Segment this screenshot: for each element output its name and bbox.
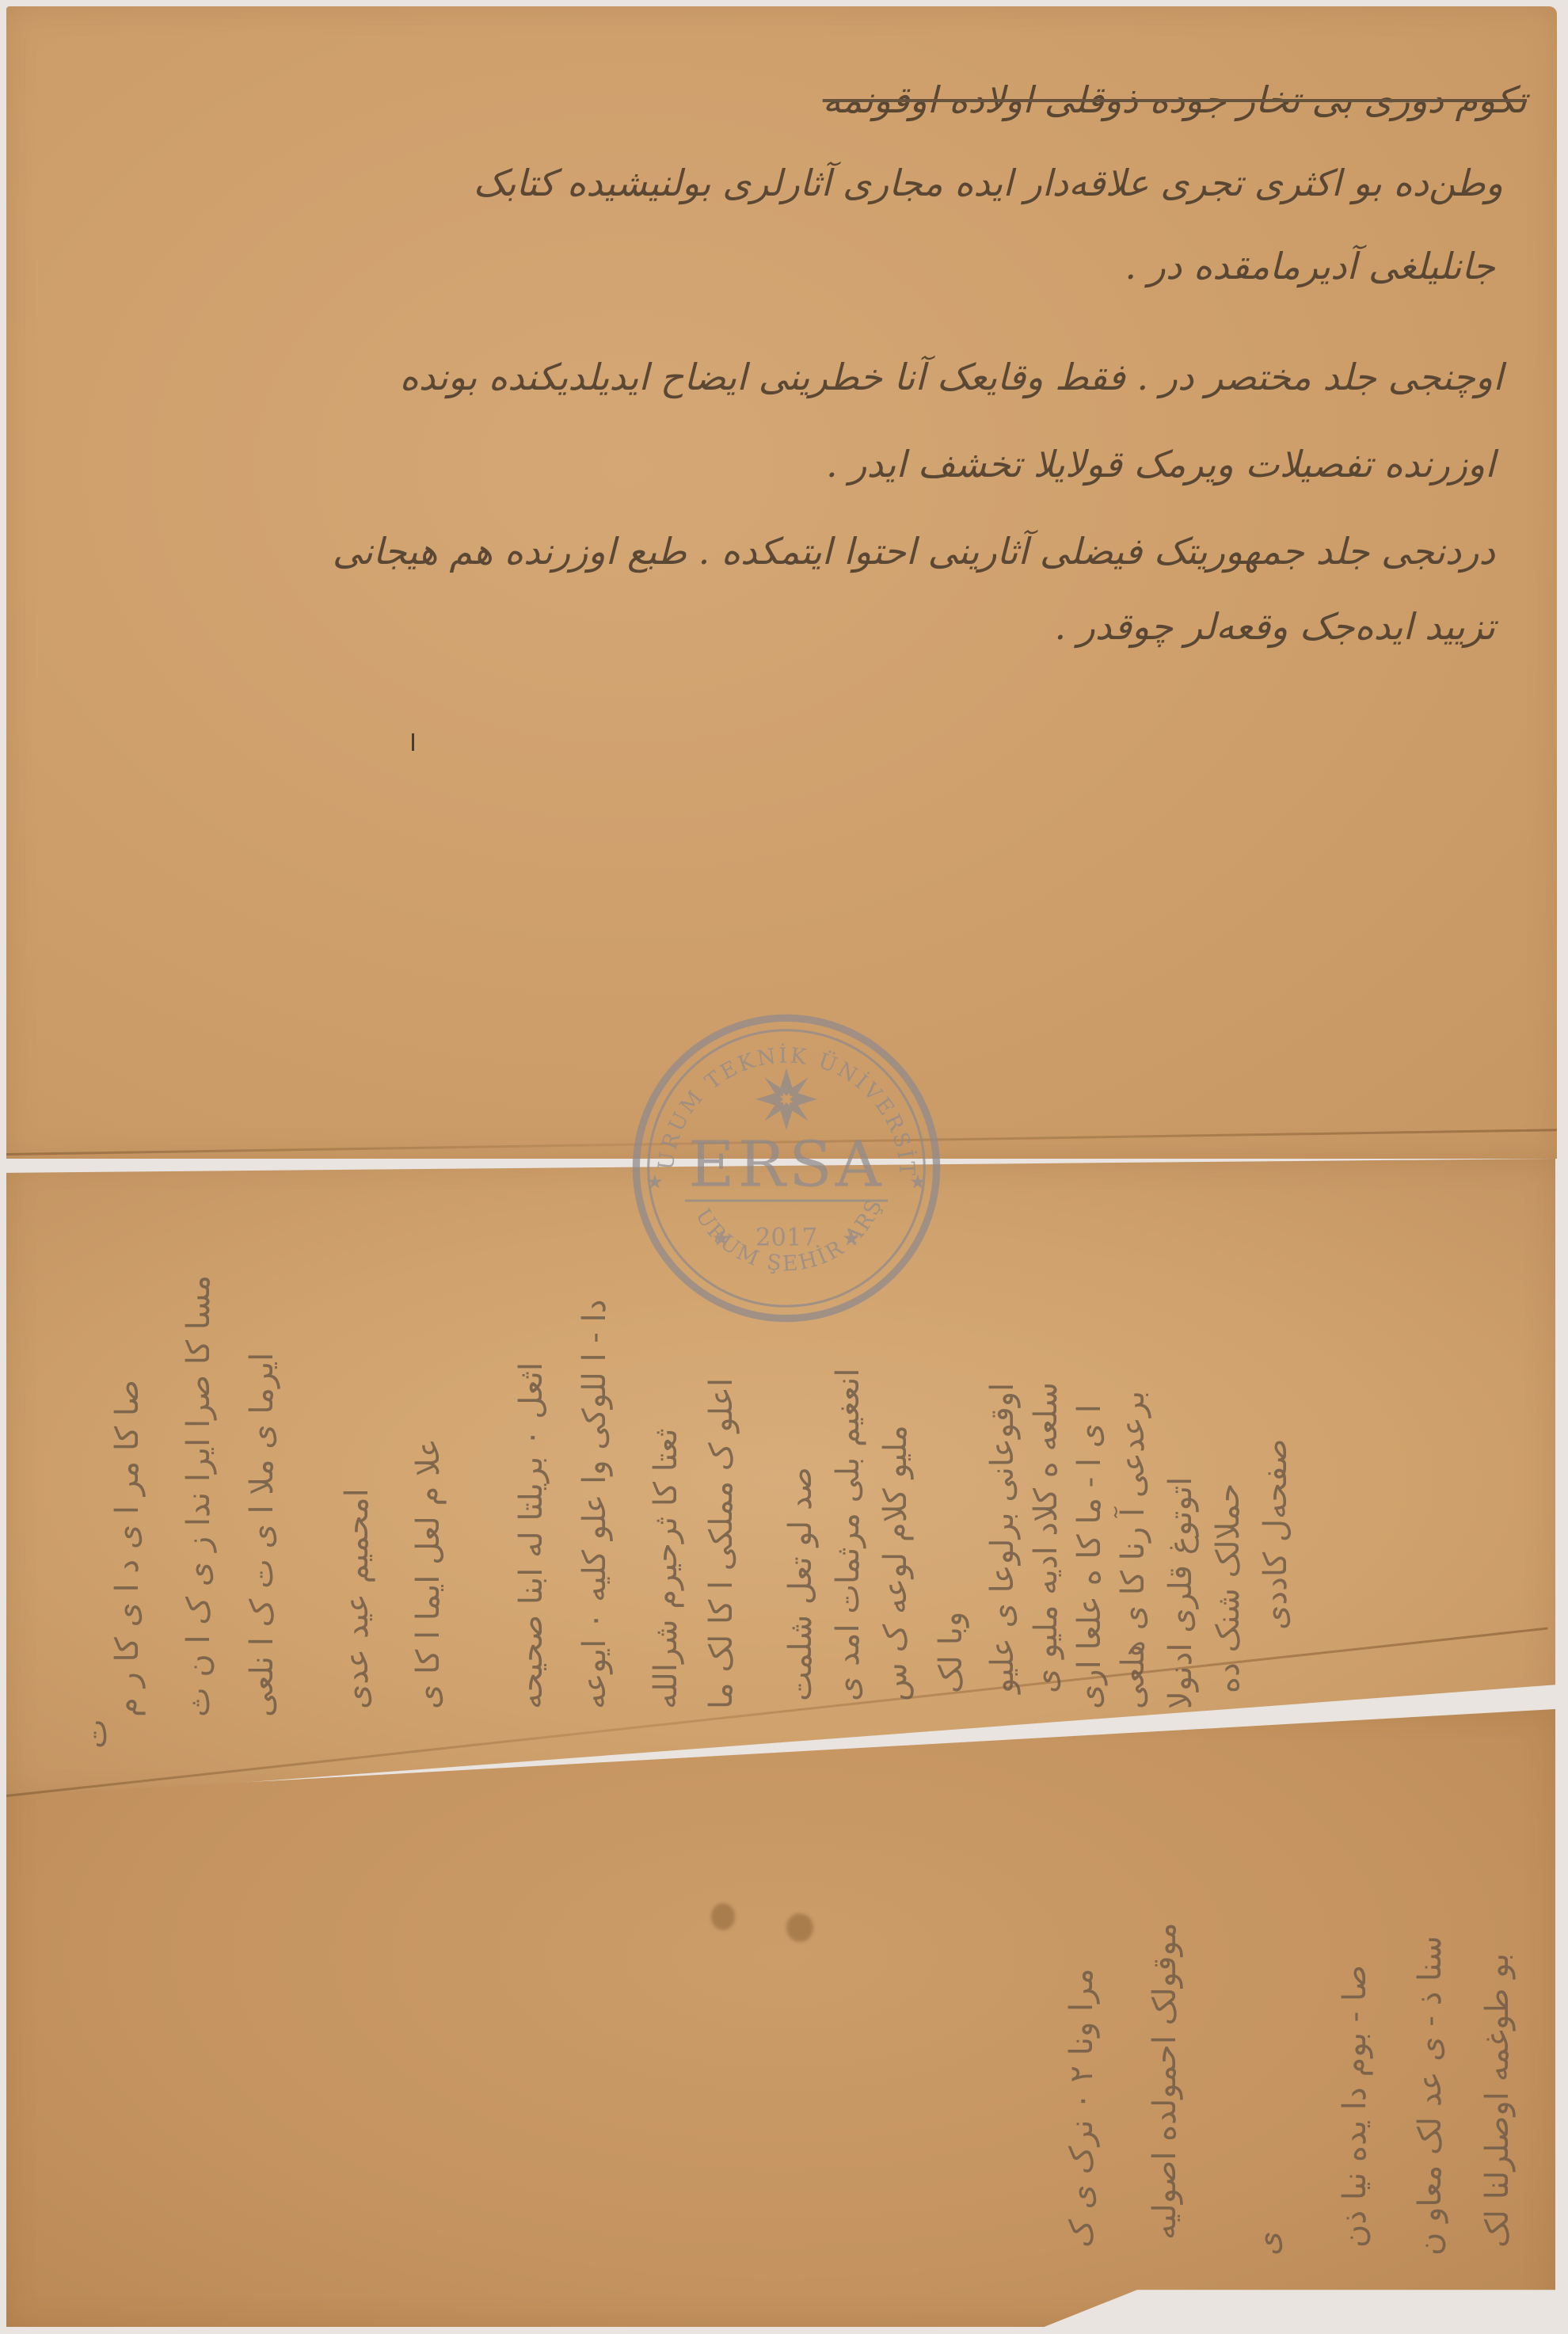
text-line-3: اوچنجی جلد مختصر در . فقط وقایعک آنا خطر… <box>400 359 1503 395</box>
vertical-line-5: ا ی ا - ما کا ه علعا اری <box>1071 1404 1108 1709</box>
vertical-line-14: دا - ا للوکی وا علو کلیه ۰ ایوعه <box>577 1300 613 1709</box>
star-icon: ★ <box>646 1171 664 1194</box>
vertical-line-16: علا م لعل ایما ا کا ی <box>410 1438 447 1709</box>
vertical-line-1: صفحه‌ل کاددی <box>1258 1439 1294 1630</box>
vertical-line-20: صا کا مر ا ی د ا ی کا ر م <box>109 1380 146 1717</box>
bottom-vertical-line-6: مرا ونا ۲ ۰ نرک ی ک <box>1064 1968 1100 2248</box>
stamp-center-text: ERSA <box>688 1128 884 1201</box>
struck-out-line: تکوم دوری بی تخار جوده ذوقلی اولاده اوقو… <box>823 82 1527 118</box>
vertical-line-8: وبا لک <box>933 1612 969 1693</box>
bottom-fold-panel <box>6 1709 1555 2327</box>
vertical-line-3: اتوتوغ قلری ادنولا <box>1163 1477 1199 1709</box>
bottom-vertical-line-3: صا - بوم دا یده نیا ذن <box>1337 1965 1373 2248</box>
pen-mark <box>412 733 414 751</box>
vertical-line-12: اعلو ک مملکی ا کا لک ما <box>703 1378 740 1709</box>
vertical-line-11: صد لو تعل شلمت <box>782 1467 819 1701</box>
vertical-line-18: ایرما ی ملا ا ی ت ک ا نلعی <box>244 1353 280 1717</box>
vertical-line-7: اوقوعانی برلوعا ی علیو <box>984 1383 1021 1693</box>
bottom-vertical-line-4: ی <box>1250 2231 1286 2256</box>
archive-stamp: ERZURUM TEKNİK ÜNİVERSİTESİ ERSA 2017 ★ … <box>624 1006 949 1331</box>
bottom-vertical-line-1: بو طوغمه اوصلرلنا لک <box>1479 1953 1516 2248</box>
stamp-graphic: ERZURUM TEKNİK ÜNİVERSİTESİ ERSA 2017 ★ … <box>624 1006 949 1331</box>
vertical-line-10: انعغیم بلی مرثمات امد ی <box>830 1368 866 1701</box>
ink-stain <box>711 1903 735 1930</box>
vertical-line-19: مسا کا صرا ایرا ندا ز ی ک ا ن ث <box>181 1275 217 1717</box>
vertical-line-13: ثعتا کا ثرحیرم شرالله <box>648 1429 684 1709</box>
snowflake-star-emblem-icon <box>755 1068 817 1130</box>
text-line-4: اوزرنده تفصیلات ویرمک قولایلا تخشف ایدر … <box>826 446 1495 482</box>
vertical-line-17: امحمیم عید عدی <box>339 1488 375 1709</box>
ink-stain <box>786 1913 813 1942</box>
star-icon: ★ <box>909 1171 927 1194</box>
vertical-line-6: سلعه ه کلاد ادیه ملیو ی <box>1028 1382 1064 1693</box>
text-line-2: جانلیلغی آدیرمامقده در . <box>1125 248 1495 284</box>
vertical-line-2: حملالک شنک ده <box>1210 1483 1246 1693</box>
text-line-1: وطن‌ده بو اکثری تجری علاقه‌دار ایده مجار… <box>474 165 1503 201</box>
vertical-line-21: ت <box>78 1719 114 1749</box>
vertical-line-15: اثعل ۰ بریلتا له ابنا صحیحه <box>513 1362 550 1709</box>
bottom-vertical-line-5: موقولک احمولده اصولیه <box>1147 1922 1183 2240</box>
vertical-line-9: ملیو کلام لوعه ک س <box>877 1425 914 1701</box>
vertical-line-4: برعدعی آ رنا کا ی هلعی <box>1115 1391 1151 1709</box>
stamp-year: 2017 <box>755 1223 817 1251</box>
bottom-vertical-line-2: سنا ذ - ی عد لک معاو ن <box>1412 1936 1448 2256</box>
text-line-6: تزیید ایده‌جک وقعه‌لر چوقدر . <box>1054 608 1495 645</box>
text-line-5: دردنجی جلد جمهوریتک فیضلی آثارینی احتوا … <box>333 533 1495 569</box>
